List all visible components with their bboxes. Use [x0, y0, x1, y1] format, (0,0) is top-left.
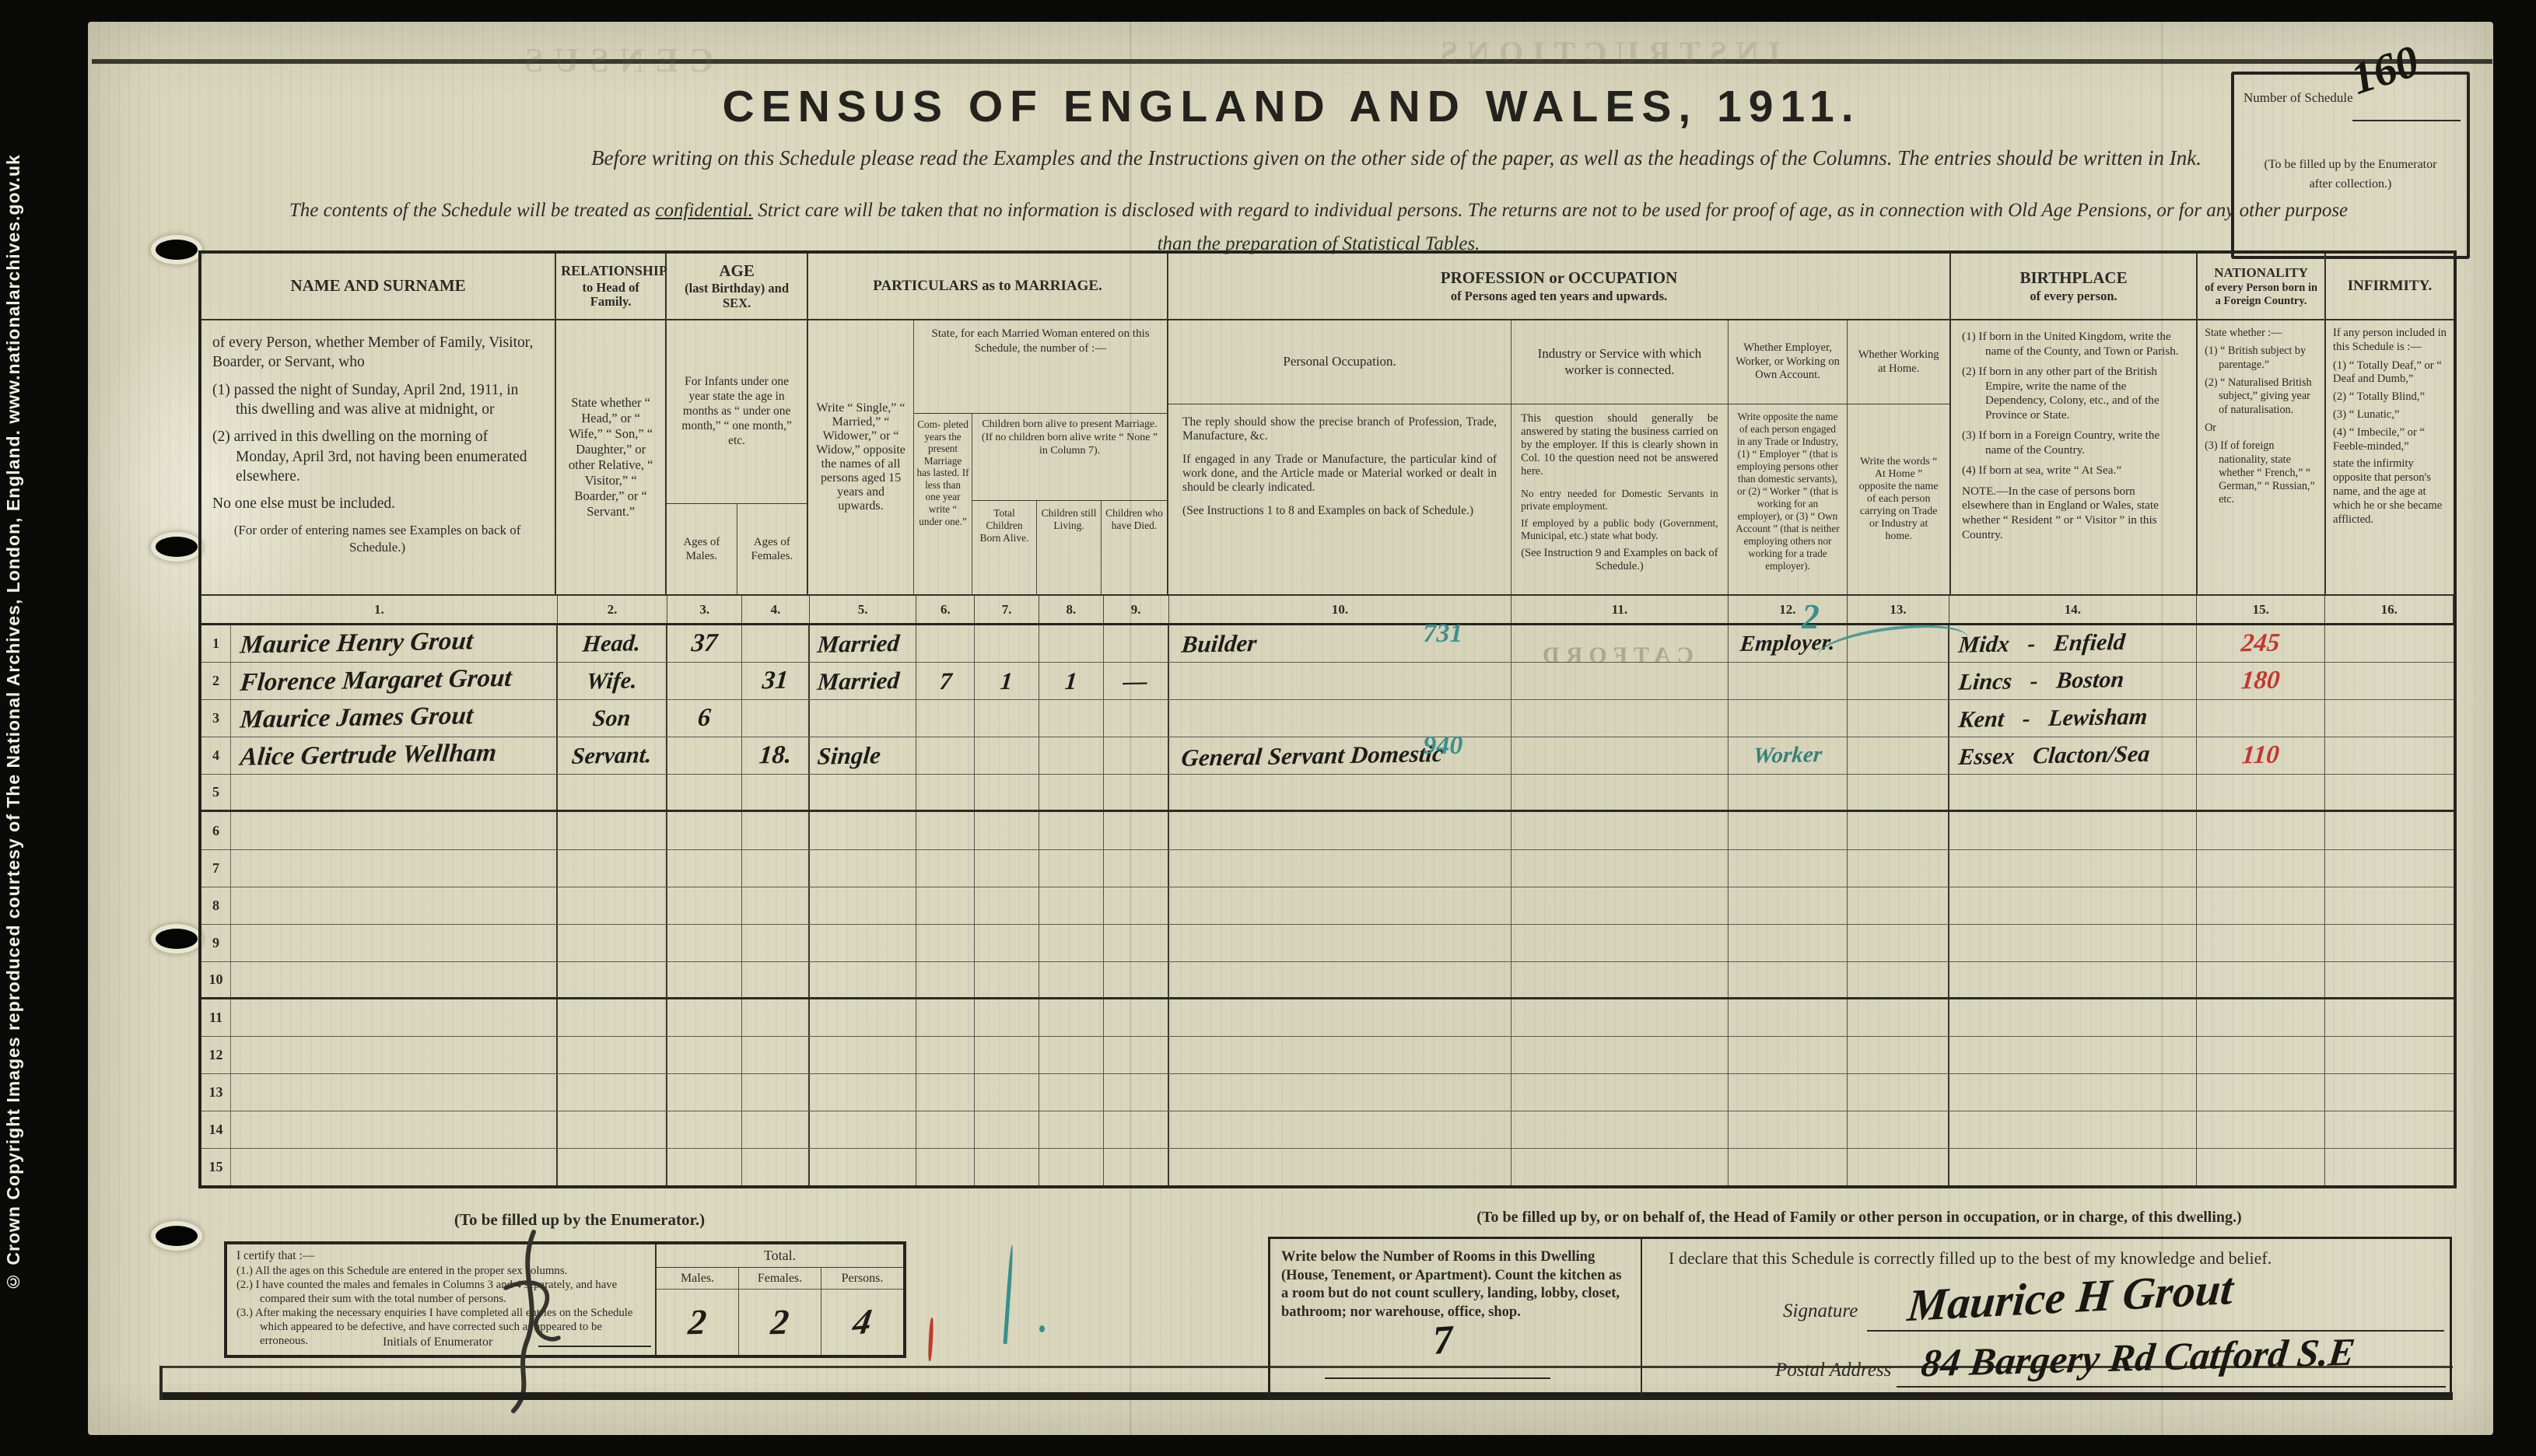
- cell-row9-col6: [916, 925, 975, 961]
- cell-row12-col6: [916, 1037, 975, 1073]
- occupation-body1: The reply should show the precise branch…: [1182, 415, 1497, 443]
- schedule-number-line: [2352, 120, 2461, 121]
- cell-row7-col7: [975, 850, 1039, 887]
- cell-row1-col9: [1104, 625, 1169, 662]
- cell-row8-col3: [667, 887, 742, 924]
- cell-row9-col2: [558, 925, 668, 961]
- cell-row11-col12: [1729, 999, 1848, 1036]
- cell-row3-col2: Son: [558, 700, 668, 737]
- cell-row8-col15: [2197, 887, 2326, 924]
- column-number-13: 13.: [1848, 596, 1949, 623]
- cell-row6-col15: [2197, 812, 2326, 849]
- personal-occupation-header: Personal Occupation.: [1168, 320, 1511, 404]
- persons-total-value: 4: [850, 1304, 874, 1341]
- cell-row1-col16: [2325, 625, 2454, 662]
- birthplace-body3: (3) If born in a Foreign Country, write …: [1962, 429, 2185, 457]
- cell-row13-col16: [2325, 1074, 2454, 1111]
- cell-row11-col6: [916, 999, 975, 1036]
- males-total-value: 2: [687, 1304, 708, 1340]
- cell-row1-col14: Midx - Enfield: [1949, 625, 2197, 662]
- row-number: 2: [201, 663, 231, 699]
- column-number-5: 5.: [810, 596, 917, 623]
- table-row-9: 9: [201, 925, 2454, 962]
- name-group-title: NAME AND SURNAME: [206, 277, 550, 296]
- cell-row10-col13: [1848, 962, 1949, 997]
- cell-row9-col13: [1848, 925, 1949, 961]
- row-number: 3: [201, 700, 231, 737]
- relationship-instructions: State whether “ Head,” or “ Wife,” “ Son…: [556, 320, 665, 594]
- cell-row3-col3: 6: [667, 700, 742, 737]
- declaration-text: I declare that this Schedule is correctl…: [1669, 1248, 2443, 1269]
- row-number: 4: [201, 737, 231, 774]
- cell-row5-col8: [1039, 775, 1104, 810]
- cell-row14-col12: [1729, 1111, 1848, 1148]
- cell-row8-col7: [975, 887, 1039, 924]
- entry-nat_code: 245: [2240, 631, 2281, 657]
- cell-row12-col15: [2197, 1037, 2326, 1073]
- cell-row10-col11: [1511, 962, 1728, 997]
- cell-row7-col3: [667, 850, 742, 887]
- header-col-relationship: RELATIONSHIPto Head of Family. State whe…: [556, 254, 667, 594]
- cell-row7-col9: [1104, 850, 1169, 887]
- cell-row6-col7: [975, 812, 1039, 849]
- cell-row10-col9: [1104, 962, 1169, 997]
- entry-age_f: 31: [761, 668, 789, 695]
- cell-row3-col6: [916, 700, 975, 737]
- industry-body1: This question should generally be answer…: [1521, 412, 1718, 478]
- entry-age_f: 18.: [758, 743, 792, 769]
- cell-row2-col12: [1729, 663, 1848, 699]
- cell-row12-col4: [742, 1037, 810, 1073]
- cell-row15-col3: [667, 1149, 742, 1185]
- cell-row14-col13: [1848, 1111, 1949, 1148]
- cell-row5-col1: 5: [201, 775, 558, 810]
- cell-row12-col13: [1848, 1037, 1949, 1073]
- cell-row8-col5: [810, 887, 917, 924]
- name-note1: No one else must be included.: [212, 494, 542, 513]
- row-number: 11: [201, 999, 231, 1036]
- cell-row7-col2: [558, 850, 668, 887]
- cell-row5-col16: [2325, 775, 2454, 810]
- cell-row11-col7: [975, 999, 1039, 1036]
- cell-row11-col14: [1949, 999, 2197, 1036]
- entry-name: Florence Margaret Grout: [229, 666, 513, 696]
- column-number-12: 12.: [1729, 596, 1848, 623]
- cell-row11-col16: [2325, 999, 2454, 1036]
- cell-row5-col10: [1169, 775, 1512, 810]
- entry-occupation: General Servant Domestic: [1168, 741, 1444, 770]
- cell-row15-col6: [916, 1149, 975, 1185]
- cell-row11-col4: [742, 999, 810, 1036]
- birthplace-body4: (4) If born at sea, write “ At Sea.”: [1962, 464, 2185, 478]
- entry-birthplace: Midx - Enfield: [1948, 631, 2126, 657]
- cell-row9-col5: [810, 925, 917, 961]
- instruction-line: Before writing on this Schedule please r…: [327, 146, 2466, 170]
- name-instruction-1: (1) passed the night of Sunday, April 2n…: [212, 380, 542, 420]
- column-number-15: 15.: [2197, 596, 2326, 623]
- cell-row3-col1: 3Maurice James Grout: [201, 700, 558, 737]
- cell-row5-col2: [558, 775, 668, 810]
- cell-row4-col3: [667, 737, 742, 774]
- cell-row14-col2: [558, 1111, 668, 1148]
- cell-row9-col9: [1104, 925, 1169, 961]
- cell-row7-col15: [2197, 850, 2326, 887]
- header-col-profession: PROFESSION or OCCUPATIONof Persons aged …: [1168, 254, 1951, 594]
- entry-birthplace: Essex Clacton/Sea: [1948, 743, 2150, 769]
- punch-hole: [156, 240, 198, 260]
- cell-row14-col3: [667, 1111, 742, 1148]
- cell-row2-col3: [667, 663, 742, 699]
- cell-row7-col13: [1848, 850, 1949, 887]
- table-row-14: 14: [201, 1111, 2454, 1149]
- cell-row12-col8: [1039, 1037, 1104, 1073]
- males-label: Males.: [657, 1268, 738, 1290]
- cell-row3-col4: [742, 700, 810, 737]
- cell-row6-col12: [1729, 812, 1848, 849]
- cell-row7-col16: [2325, 850, 2454, 887]
- cell-row10-col3: [667, 962, 742, 997]
- cell-row12-col12: [1729, 1037, 1848, 1073]
- cell-row10-col10: [1169, 962, 1512, 997]
- cell-row9-col8: [1039, 925, 1104, 961]
- cell-row7-col11: [1511, 850, 1728, 887]
- cell-row3-col13: [1848, 700, 1949, 737]
- cell-row3-col12: [1729, 700, 1848, 737]
- cell-row14-col10: [1169, 1111, 1512, 1148]
- cell-row12-col16: [2325, 1037, 2454, 1073]
- table-row-13: 13: [201, 1074, 2454, 1111]
- cell-row8-col14: [1949, 887, 2197, 924]
- cell-row10-col14: [1949, 962, 2197, 997]
- cell-row3-col15: [2197, 700, 2326, 737]
- cell-row15-col13: [1848, 1149, 1949, 1185]
- entry-relationship: Head.: [582, 632, 642, 656]
- cell-row1-col4: [742, 625, 810, 662]
- occupation-body2: If engaged in any Trade or Manufacture, …: [1182, 453, 1497, 495]
- cell-row8-col1: 8: [201, 887, 558, 924]
- employer-worker-header: Whether Employer, Worker, or Working on …: [1729, 320, 1848, 404]
- cell-row11-col2: [558, 999, 668, 1036]
- cell-row12-col9: [1104, 1037, 1169, 1073]
- row-number: 1: [201, 625, 231, 662]
- copyright-sidebar: © Crown Copyright Images reproduced cour…: [3, 109, 24, 1338]
- cell-row6-col8: [1039, 812, 1104, 849]
- paper-fold-line: [92, 59, 2492, 64]
- age-group-sub: (last Birthday) and SEX.: [671, 282, 802, 310]
- census-table: NAME AND SURNAME of every Person, whethe…: [198, 250, 2457, 1188]
- cell-row9-col1: 9: [201, 925, 558, 961]
- column-number-7: 7.: [975, 596, 1039, 623]
- cell-row2-col1: 2Florence Margaret Grout: [201, 663, 558, 699]
- ages-of-females-header: Ages of Females.: [737, 504, 807, 594]
- cell-row14-col5: [810, 1111, 917, 1148]
- row-number: 7: [201, 850, 231, 887]
- cell-row6-col14: [1949, 812, 2197, 849]
- entry-nat_code: 110: [2241, 743, 2281, 769]
- entry-nat_code: 180: [2240, 668, 2281, 695]
- infirmity-body3: (2) “ Totally Blind,”: [2333, 390, 2447, 404]
- cell-row15-col9: [1104, 1149, 1169, 1185]
- cell-row15-col1: 15: [201, 1149, 558, 1185]
- cell-row2-col10: [1169, 663, 1512, 699]
- cell-row6-col9: [1104, 812, 1169, 849]
- cell-row14-col15: [2197, 1111, 2326, 1148]
- column-number-4: 4.: [742, 596, 810, 623]
- cell-row2-col4: 31: [742, 663, 810, 699]
- nationality-body1: State whether :—: [2205, 327, 2317, 340]
- infirmity-body2: (1) “ Totally Deaf,” or “ Deaf and Dumb,…: [2333, 359, 2447, 387]
- cell-row6-col10: [1169, 812, 1512, 849]
- cell-row4-col15: 110: [2197, 737, 2326, 774]
- column-number-9: 9.: [1104, 596, 1169, 623]
- cell-row4-col13: [1848, 737, 1949, 774]
- infirmity-body6: state the infirmity opposite that person…: [2333, 457, 2447, 527]
- relationship-group-sub: to Head of Family.: [561, 281, 660, 310]
- cell-row3-col14: Kent - Lewisham: [1949, 700, 2197, 737]
- cell-row11-col8: [1039, 999, 1104, 1036]
- cell-row1-col8: [1039, 625, 1104, 662]
- cell-row7-col6: [916, 850, 975, 887]
- cell-row3-col5: [810, 700, 917, 737]
- signature-line: [1867, 1330, 2444, 1332]
- cell-row1-col2: Head.: [558, 625, 668, 662]
- confidential-pre: The contents of the Schedule will be tre…: [289, 200, 656, 221]
- occupation-body3: (See Instructions 1 to 8 and Examples on…: [1182, 504, 1497, 518]
- cell-row14-col8: [1039, 1111, 1104, 1148]
- cell-row10-col12: [1729, 962, 1848, 997]
- cell-row12-col14: [1949, 1037, 2197, 1073]
- table-row-4: 4Alice Gertrude WellhamServant.18.Single…: [201, 737, 2454, 775]
- cell-row1-col3: 37: [667, 625, 742, 662]
- cell-row12-col5: [810, 1037, 917, 1073]
- cell-row5-col4: [742, 775, 810, 810]
- cell-row5-col6: [916, 775, 975, 810]
- cell-row13-col8: [1039, 1074, 1104, 1111]
- cell-row3-col8: [1039, 700, 1104, 737]
- table-row-8: 8: [201, 887, 2454, 925]
- header-col-infirmity: INFIRMITY. If any person included in thi…: [2326, 254, 2454, 594]
- cell-row11-col15: [2197, 999, 2326, 1036]
- table-row-6: 6: [201, 812, 2454, 849]
- employer-worker-body: Write opposite the name of each person e…: [1729, 404, 1848, 594]
- column-number-6: 6.: [916, 596, 975, 623]
- entry-marital: Married: [808, 631, 900, 656]
- cell-row7-col4: [742, 850, 810, 887]
- cell-row4-col8: [1039, 737, 1104, 774]
- cell-row7-col10: [1169, 850, 1512, 887]
- cell-row7-col12: [1729, 850, 1848, 887]
- table-row-3: 3Maurice James GroutSon6Kent - Lewisham: [201, 700, 2454, 737]
- cell-row9-col14: [1949, 925, 2197, 961]
- column-number-2: 2.: [558, 596, 668, 623]
- infirmity-body5: (4) “ Imbecile,” or “ Feeble-minded,”: [2333, 426, 2447, 454]
- infirmity-group-title: INFIRMITY.: [2331, 278, 2449, 294]
- cell-row13-col11: [1511, 1074, 1728, 1111]
- punch-hole: [156, 929, 198, 949]
- cell-row2-col6: 7: [916, 663, 975, 699]
- header-col-name: NAME AND SURNAME of every Person, whethe…: [201, 254, 556, 594]
- persons-label: Persons.: [821, 1268, 903, 1290]
- table-row-15: 15: [201, 1149, 2454, 1186]
- cell-row14-col16: [2325, 1111, 2454, 1148]
- cell-row15-col14: [1949, 1149, 2197, 1185]
- cell-row13-col3: [667, 1074, 742, 1111]
- entry-name: Maurice James Grout: [229, 704, 474, 733]
- entry-age_m: 6: [697, 705, 712, 731]
- punch-hole: [156, 1226, 198, 1246]
- nationality-group-sub: of every Person born in a Foreign Countr…: [2202, 282, 2320, 306]
- cell-row15-col2: [558, 1149, 668, 1185]
- cell-row11-col5: [810, 999, 917, 1036]
- bleedthrough-text: INSTRUCTIONS: [1431, 34, 1781, 71]
- cell-row6-col3: [667, 812, 742, 849]
- cell-row4-col5: Single: [810, 737, 917, 774]
- cell-row4-col9: [1104, 737, 1169, 774]
- column-number-8: 8.: [1039, 596, 1104, 623]
- cell-row10-col4: [742, 962, 810, 997]
- cell-row13-col2: [558, 1074, 668, 1111]
- entry-name: Maurice Henry Grout: [229, 628, 474, 658]
- birthplace-group-sub: of every person.: [1956, 289, 2191, 303]
- cell-row4-col10: General Servant Domestic940: [1169, 737, 1512, 774]
- cell-row15-col4: [742, 1149, 810, 1185]
- cell-row7-col14: [1949, 850, 2197, 887]
- cell-row12-col2: [558, 1037, 668, 1073]
- cell-row9-col3: [667, 925, 742, 961]
- cell-row14-col4: [742, 1111, 810, 1148]
- cell-row8-col6: [916, 887, 975, 924]
- cell-row10-col1: 10: [201, 962, 558, 997]
- row-number: 8: [201, 887, 231, 924]
- cell-row1-col7: [975, 625, 1039, 662]
- occupation-code: 940: [1423, 731, 1462, 761]
- schedule-box-note1: (To be filled up by the Enumerator: [2265, 158, 2437, 171]
- signature-label: Signature: [1783, 1300, 1858, 1322]
- age-group-title: AGE: [671, 262, 802, 281]
- nationality-body4: Or: [2205, 422, 2317, 435]
- cell-row11-col1: 11: [201, 999, 558, 1036]
- column-number-11: 11.: [1511, 596, 1728, 623]
- cell-row1-col5: Married: [810, 625, 917, 662]
- cell-row10-col16: [2325, 962, 2454, 997]
- cell-row14-col9: [1104, 1111, 1169, 1148]
- teal-dot-mark: [1039, 1325, 1045, 1332]
- cell-row7-col5: [810, 850, 917, 887]
- column-number-3: 3.: [667, 596, 742, 623]
- industry-body3: If employed by a public body (Government…: [1521, 517, 1718, 542]
- cell-row15-col16: [2325, 1149, 2454, 1185]
- cell-row10-col6: [916, 962, 975, 997]
- nationality-body2: (1) “ British subject by parentage.”: [2205, 345, 2317, 372]
- birthplace-body1: (1) If born in the United Kingdom, write…: [1962, 330, 2185, 359]
- industry-body2: No entry needed for Domestic Servants in…: [1521, 488, 1718, 513]
- column-number-1: 1.: [201, 596, 558, 623]
- rooms-instructions: Write below the Number of Rooms in this …: [1270, 1239, 1642, 1396]
- header-col-birthplace: BIRTHPLACEof every person. (1) If born i…: [1951, 254, 2198, 594]
- infirmity-body4: (3) “ Lunatic,”: [2333, 408, 2447, 422]
- row-number: 13: [201, 1074, 231, 1111]
- cell-row3-col7: [975, 700, 1039, 737]
- cell-row9-col15: [2197, 925, 2326, 961]
- marital-status-instructions: Write “ Single,” “ Married,” “ Widower,”…: [808, 320, 914, 594]
- cell-row14-col6: [916, 1111, 975, 1148]
- cell-row15-col15: [2197, 1149, 2326, 1185]
- married-woman-note: State, for each Married Woman entered on…: [914, 320, 1167, 414]
- schedule-number-box: Number of Schedule 160 (To be filled up …: [2231, 72, 2470, 259]
- postal-address-label: Postal Address: [1775, 1360, 1891, 1381]
- schedule-number-label: Number of Schedule: [2244, 90, 2353, 106]
- cell-row2-col2: Wife.: [558, 663, 668, 699]
- cell-row10-col5: [810, 962, 917, 997]
- table-row-12: 12: [201, 1037, 2454, 1074]
- cell-row4-col1: 4Alice Gertrude Wellham: [201, 737, 558, 774]
- cell-row12-col10: [1169, 1037, 1512, 1073]
- cell-row12-col11: [1511, 1037, 1728, 1073]
- profession-group-sub: of Persons aged ten years and upwards.: [1173, 289, 1945, 303]
- cell-row13-col13: [1848, 1074, 1949, 1111]
- row-number: 12: [201, 1037, 231, 1073]
- table-row-10: 10: [201, 962, 2454, 999]
- table-row-2: 2Florence Margaret GroutWife.31Married71…: [201, 663, 2454, 700]
- total-label: Total.: [657, 1244, 903, 1268]
- cell-row6-col13: [1848, 812, 1949, 849]
- page-title: CENSUS OF ENGLAND AND WALES, 1911.: [405, 81, 2178, 132]
- cell-row13-col9: [1104, 1074, 1169, 1111]
- cell-row6-col2: [558, 812, 668, 849]
- cell-row3-col11: [1511, 700, 1728, 737]
- scanned-census-schedule: © Crown Copyright Images reproduced cour…: [0, 0, 2536, 1456]
- marriage-years-header: Com- pleted years the present Marriage h…: [914, 414, 972, 594]
- cell-row8-col2: [558, 887, 668, 924]
- cell-row15-col12: [1729, 1149, 1848, 1185]
- column-number-row: 1.2.3.4.5.6.7.8.9.10.11.12.13.14.15.16.: [201, 596, 2454, 625]
- cell-row8-col11: [1511, 887, 1728, 924]
- cell-row5-col14: [1949, 775, 2197, 810]
- cell-row11-col9: [1104, 999, 1169, 1036]
- cell-row2-col14: Lincs - Boston: [1949, 663, 2197, 699]
- cell-row4-col6: [916, 737, 975, 774]
- header-col-nationality: NATIONALITYof every Person born in a For…: [2198, 254, 2326, 594]
- entry-employment: Worker: [1752, 744, 1823, 768]
- name-instructions: of every Person, whether Member of Famil…: [212, 333, 542, 373]
- cell-row5-col15: [2197, 775, 2326, 810]
- cell-row6-col11: [1511, 812, 1728, 849]
- table-row-5: 5: [201, 775, 2454, 812]
- cell-row6-col5: [810, 812, 917, 849]
- header-col-age: AGE(last Birthday) and SEX. For Infants …: [667, 254, 808, 594]
- column-number-16: 16.: [2325, 596, 2454, 623]
- table-header: NAME AND SURNAME of every Person, whethe…: [201, 254, 2454, 596]
- cell-row8-col10: [1169, 887, 1512, 924]
- punch-hole: [156, 537, 198, 557]
- females-label: Females.: [739, 1268, 821, 1290]
- cell-row9-col12: [1729, 925, 1848, 961]
- cell-row15-col10: [1169, 1149, 1512, 1185]
- cell-row15-col7: [975, 1149, 1039, 1185]
- cell-row14-col14: [1949, 1111, 2197, 1148]
- column-number-14: 14.: [1949, 596, 2197, 623]
- cell-row5-col11: [1511, 775, 1728, 810]
- cell-row4-col12: Worker: [1729, 737, 1848, 774]
- cell-row13-col5: [810, 1074, 917, 1111]
- cell-row1-col15: 245: [2197, 625, 2326, 662]
- profession-group-title: PROFESSION or OCCUPATION: [1173, 269, 1945, 288]
- entry-relationship: Wife.: [586, 669, 638, 693]
- entry-relationship: Servant.: [571, 744, 653, 768]
- row-number: 15: [201, 1149, 231, 1185]
- cell-row9-col11: [1511, 925, 1728, 961]
- cell-row9-col16: [2325, 925, 2454, 961]
